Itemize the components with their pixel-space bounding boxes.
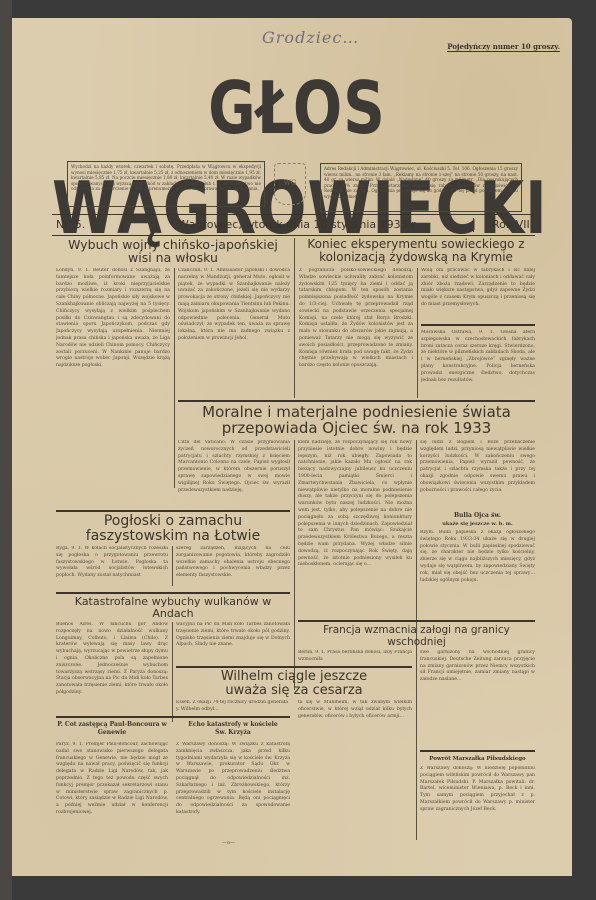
headline-line-1: Moralne i materjalne podniesienie świata [178, 404, 535, 420]
headline-pope-1933: Moralne i materjalne podniesienie świata… [178, 404, 535, 436]
article-latvia-col1: Ryga, 9. 1. W kołach socjalistycznych ro… [56, 546, 168, 586]
article-andes-col2: wacyjna na Pic du Midi koło Tarbes zanot… [176, 622, 290, 652]
subhead-papal-bull: ukaże się jeszcze w. b. m. [420, 521, 535, 527]
column-divider [417, 268, 418, 398]
editorial-address-box: Adres Redakcji i Administracji Wągrowiec… [320, 163, 522, 212]
column-divider [172, 546, 173, 586]
article-pope-col1: Citta del Vaticano. W czasie przyjmowani… [178, 440, 290, 498]
headline-line-2: uważa się za cesarza [176, 684, 412, 698]
headline-france-border: Francja wzmacnia załogi na granicy wscho… [298, 624, 535, 648]
column-divider [294, 238, 295, 398]
headline-line-2: Św. Krzyża [176, 729, 290, 737]
article-wilhelm-col2: ła się w Mühlheim, w tak zwanym wielkim … [298, 700, 412, 840]
article-wilhelm-col1: Essen. Z okazji 74-tej rocznicy urodzin … [176, 700, 288, 714]
scanner-edge [0, 0, 12, 900]
issue-number: Nr. 5. [56, 218, 85, 231]
place-date: Wągrowiec, wtorek dnia 10 stycznia 1933 … [122, 218, 474, 232]
handwritten-note: Grodziec… [262, 28, 359, 47]
article-czech-espionage: Morawska Ostrawa, 9. 1. Głośna afera szp… [421, 330, 535, 396]
headline-soviet-crimea: Koniec eksperymentu sowieckiego z koloni… [298, 238, 534, 264]
article-pilsudski-return: Z Warszawy donoszą: W niedzielę popołudn… [420, 766, 535, 842]
column-divider [172, 622, 173, 722]
single-issue-price: Pojedyńczy numer 10 groszy. [447, 42, 560, 52]
section-rule [420, 750, 535, 752]
headline-line-1: Wilhelm ciągle jeszcze [176, 670, 412, 684]
article-france-col2: swe garnizony na wschodniej granicy fran… [420, 650, 535, 746]
article-china-japan-col2: Czanczun, 9. 1. Ambasador japoński i dow… [178, 268, 290, 383]
volume-year: Rok VIII [492, 218, 533, 231]
headline-papal-bull: Bulla Ojca św. [420, 512, 535, 519]
headline-china-japan: Wybuch wojny chińsko-japońskiej wisi na … [57, 238, 289, 264]
headline-line-1: Echo katastrofy w kościele [176, 721, 290, 729]
article-papal-bull: Rzym. Bulla papieska z okazji ogłoszoneg… [420, 530, 535, 610]
section-rule [56, 592, 290, 594]
town-crest-icon: WG [274, 163, 306, 205]
article-france-col1: Berlin, 9. 1. Prasa berlińska donosi, iż… [298, 650, 412, 664]
article-pope-col3: się ludzi z Bogiem i Boże przebaczenie w… [420, 440, 535, 508]
headline-line-2: przepowiada Ojciec św. na rok 1933 [178, 420, 535, 436]
section-rule [178, 400, 535, 402]
section-rule [176, 666, 412, 668]
issue-dateline: Nr. 5. Wągrowiec, wtorek dnia 10 styczni… [52, 214, 535, 236]
article-church-catastrophe: Z Warszawy donoszą: W związku z katastro… [176, 742, 290, 840]
headline-cot-geneva: P. Cot zastępcą Paul-Boncoura w Genewie [56, 721, 168, 737]
article-andes-col1: Buenos Aires. W łańcuchu gór Andów rozpo… [56, 622, 168, 710]
article-soviet-crimea-col1: Z pogranicza polsko-sowieckiego donoszą:… [299, 268, 413, 398]
section-rule [421, 324, 535, 326]
end-separator: —o— [222, 840, 235, 847]
article-pope-col2: kiem nadzieję, że rozpoczynający się rok… [298, 440, 412, 620]
column-divider [294, 440, 295, 690]
section-rule [298, 620, 535, 622]
headline-wilhelm-emperor: Wilhelm ciągle jeszcze uważa się za cesa… [176, 670, 412, 698]
section-rule [56, 716, 290, 718]
headline-pilsudski-return: Powrót Marszałka Piłsudskiego [420, 756, 535, 762]
article-cot-geneva: Paryż, 9. 1. Premjer Paul-Boncour, zacho… [56, 742, 168, 844]
column-divider [174, 268, 175, 488]
headline-church-catastrophe: Echo katastrofy w kościele Św. Krzyża [176, 721, 290, 737]
subscription-info-box: Wychodzi na każdy wtorek, czwartek i sob… [67, 161, 265, 207]
newspaper-page: Grodziec… Pojedyńczy numer 10 groszy. GŁ… [12, 18, 572, 876]
section-rule [56, 510, 290, 512]
article-latvia-col2: szereg zarządzeń, mających na celu zorga… [176, 546, 290, 586]
article-china-japan-col1: Londyn, 9. 1. Reuter donosi z Szanghaju,… [56, 268, 170, 488]
headline-andes-volcanoes: Katastrofalne wybuchy wulkanów w Andach [56, 596, 290, 620]
headline-latvia-fascist: Pogłoski o zamachu faszystowskim na Łotw… [56, 514, 290, 544]
article-soviet-crimea-col2: Wolą oni pracować w fabrykach i iść dale… [421, 268, 535, 320]
